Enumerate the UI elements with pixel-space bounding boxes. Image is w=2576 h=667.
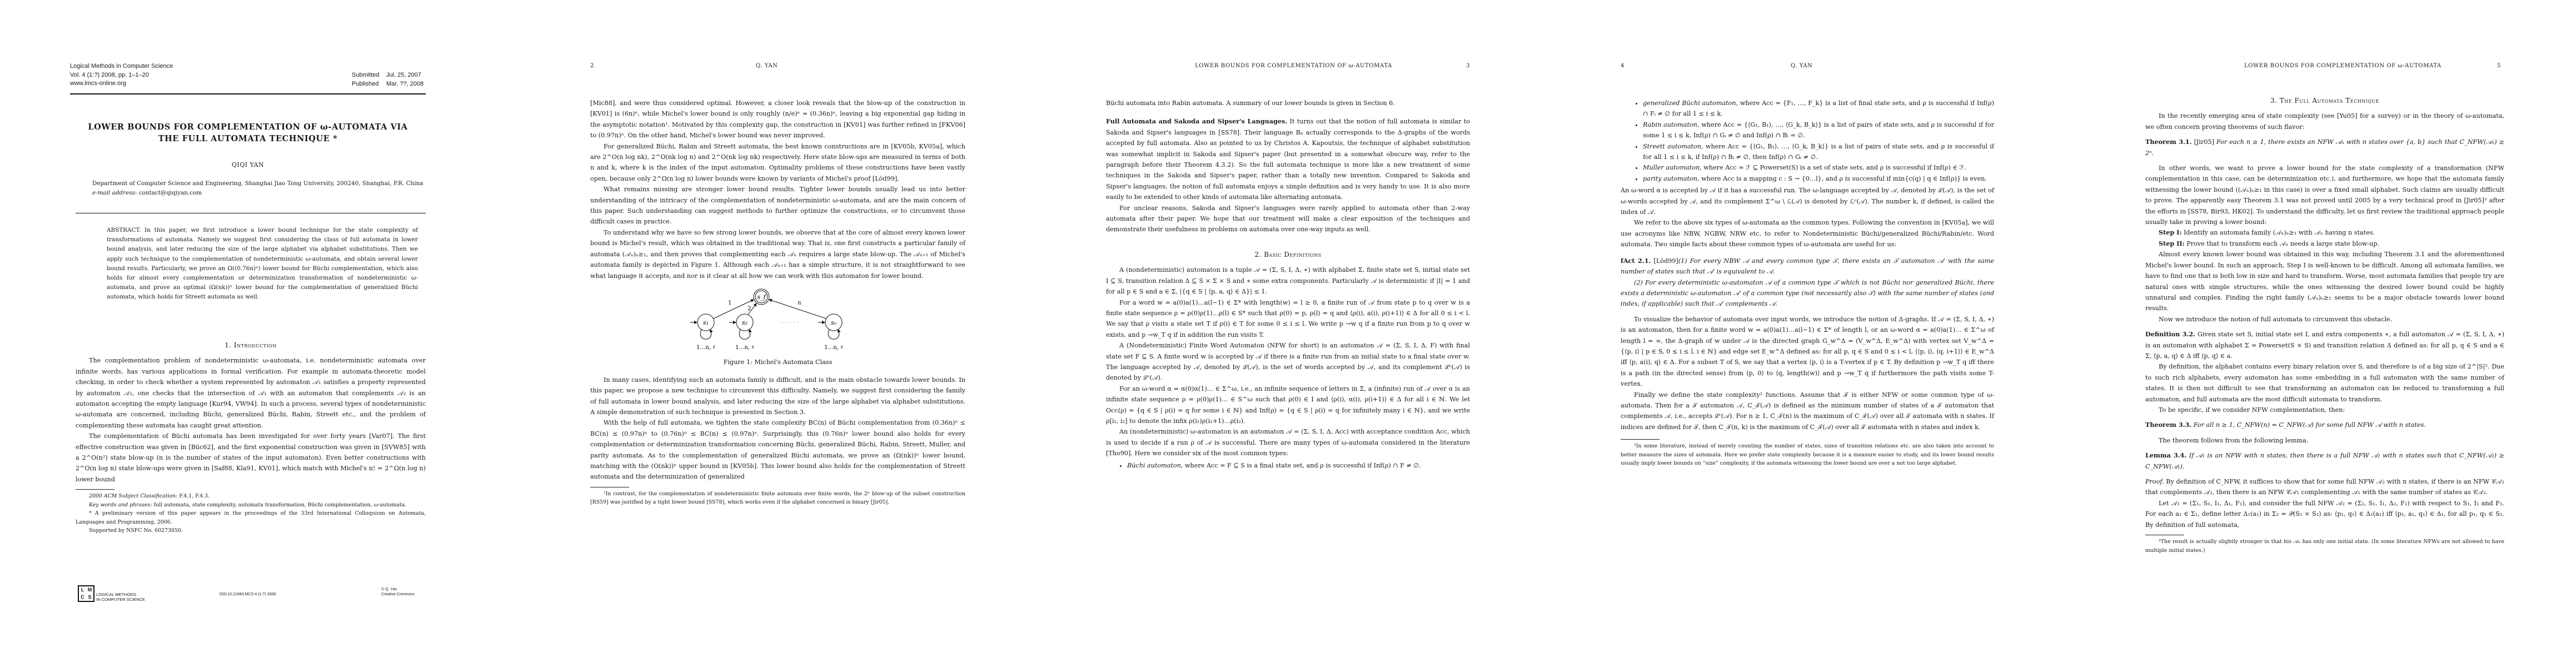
svg-text:· · · · · ·: · · · · · · bbox=[779, 320, 799, 326]
figure-caption: Figure 1: Michel's Automata Class bbox=[590, 357, 965, 367]
page-number: 5 bbox=[2497, 63, 2500, 69]
paragraph: To understand why we have so few strong … bbox=[590, 227, 965, 281]
keywords: full automata, state complexity, automat… bbox=[152, 502, 407, 508]
lmcs-logo-text: LOGICAL METHODS IN COMPUTER SCIENCE bbox=[96, 592, 145, 602]
page-4-body: generalized Büchi automaton, where Acc =… bbox=[1621, 98, 1994, 468]
paragraph: Now we introduce the notion of full auto… bbox=[2145, 314, 2504, 325]
page-number: 4 bbox=[1621, 63, 1624, 69]
page-number: 2 bbox=[590, 63, 594, 69]
svg-text:n: n bbox=[798, 300, 801, 306]
paragraph: For an ω-word α = α(0)α(1)… ∈ Σ^ω, i.e.,… bbox=[1106, 384, 1470, 427]
page-4: 4 Q. YAN generalized Büchi automaton, wh… bbox=[1612, 0, 2012, 667]
acm-label: 2000 ACM Subject Classification: bbox=[89, 493, 177, 499]
page-2: 2 Q. YAN [Mic88], and were thus consider… bbox=[578, 0, 978, 667]
footnote-2: ²In some literature, instead of merely c… bbox=[1621, 442, 1994, 468]
paragraph: By definition, the alphabet contains eve… bbox=[2145, 361, 2504, 405]
journal-name: Logical Methods in Computer Science bbox=[70, 62, 173, 71]
step-label: Step I: bbox=[2159, 228, 2181, 236]
publication-dates: SubmittedJul. 25, 2007 PublishedMar. ??,… bbox=[352, 71, 423, 88]
affiliation: Department of Computer Science and Engin… bbox=[92, 179, 426, 198]
abstract: ABSTRACT. In this paper, we first introd… bbox=[107, 226, 418, 302]
paragraph: For unclear reasons, Sakoda and Sipser's… bbox=[1106, 203, 1470, 235]
footnote-rule bbox=[76, 489, 114, 490]
paper-title: LOWER BOUNDS FOR COMPLEMENTATION OF ω-AU… bbox=[70, 121, 426, 145]
paragraph: [Mic88], and were thus considered optima… bbox=[590, 98, 965, 141]
published-label: Published bbox=[352, 80, 386, 89]
fact-label: fAct 2.1. bbox=[1621, 257, 1651, 265]
paragraph: Let 𝒜₁ = (Σ₁, S₁, I₁, Δ₁, F₁), and consi… bbox=[2145, 498, 2504, 530]
paragraph: The theorem follows from the following l… bbox=[2145, 435, 2504, 446]
copyright-notice: © Q. Yan Creative Commons bbox=[381, 587, 415, 597]
automaton-types-list: generalized Büchi automaton, where Acc =… bbox=[1621, 98, 1994, 184]
page-3-body: Büchi automata into Rabin automata. A su… bbox=[1106, 98, 1470, 472]
footnote-3: ³The result is actually slightly stronge… bbox=[2145, 537, 2504, 555]
page-number: 3 bbox=[1466, 63, 1469, 69]
theorem-label: Theorem 3.3. bbox=[2145, 421, 2191, 429]
footnote-rule bbox=[590, 487, 629, 487]
author-name: QIQI YAN bbox=[70, 161, 426, 168]
svg-text:s₁: s₁ bbox=[702, 319, 708, 326]
automaton-types-list: Büchi automaton, where Acc = F ⊆ S is a … bbox=[1106, 460, 1470, 471]
paragraph: For generalized Büchi, Rabin and Streett… bbox=[590, 141, 965, 185]
figure-michel-automata: s_f s₁ s₂ sₙ 1 2 n bbox=[590, 285, 965, 355]
list-item: Streett automaton, where Acc = {⟨G₁, B₁⟩… bbox=[1643, 141, 1994, 163]
lemma-label: Lemma 3.4. bbox=[2145, 451, 2186, 459]
list-item: Rabin automaton, where Acc = {⟨G₁, B₁⟩, … bbox=[1643, 120, 1994, 141]
paragraph: An ω-word α is accepted by 𝒜 if it has a… bbox=[1621, 185, 1994, 217]
keywords-label: Key words and phrases: bbox=[89, 502, 152, 508]
abstract-text: In this paper, we first introduce a lowe… bbox=[107, 227, 418, 300]
svg-text:1: 1 bbox=[728, 300, 731, 306]
submitted-date: Jul. 25, 2007 bbox=[386, 72, 421, 78]
section-title-full-automata-technique: 3. The Full Automata Technique bbox=[2145, 96, 2504, 106]
page-5: LOWER BOUNDS FOR COMPLEMENTATION OF ω-AU… bbox=[2145, 0, 2545, 667]
journal-url[interactable]: www.lmcs-online.org bbox=[70, 79, 173, 88]
section-title-basic-definitions: 2. Basic Definitions bbox=[1106, 250, 1470, 260]
abstract-rule bbox=[76, 213, 426, 213]
running-head: LOWER BOUNDS FOR COMPLEMENTATION OF ω-AU… bbox=[1195, 63, 1392, 69]
list-item: generalized Büchi automaton, where Acc =… bbox=[1643, 98, 1994, 120]
paragraph: A (Nondeterministic) Finite Word Automat… bbox=[1106, 340, 1470, 384]
paragraph: In the recently emerging area of state c… bbox=[2145, 111, 2504, 132]
abstract-label: ABSTRACT. bbox=[107, 227, 141, 233]
paragraph: For a word w = a(0)a(1)…a(l−1) ∈ Σ* with… bbox=[1106, 297, 1470, 341]
running-head: Q. YAN bbox=[1791, 63, 1812, 69]
journal-info: Logical Methods in Computer Science Vol.… bbox=[70, 62, 173, 88]
paragraph: An (nondeterministic) ω-automaton is an … bbox=[1106, 426, 1470, 459]
paragraph: Finally we define the state complexity² … bbox=[1621, 390, 1994, 433]
page-5-body: 3. The Full Automata Technique In the re… bbox=[2145, 91, 2504, 555]
list-item: Büchi automaton, where Acc = F ⊆ S is a … bbox=[1127, 460, 1470, 471]
paragraph: Full Automata and Sakoda and Sipser's La… bbox=[1106, 116, 1470, 202]
creative-commons-icon: Creative Commons bbox=[381, 592, 415, 597]
running-head: LOWER BOUNDS FOR COMPLEMENTATION OF ω-AU… bbox=[2244, 63, 2442, 69]
paragraph: In other words, we want to prove a lower… bbox=[2145, 163, 2504, 227]
svg-text:2: 2 bbox=[748, 306, 751, 312]
doi[interactable]: DOI:10.2168/LMCS-4 (1:?) 2008 bbox=[220, 593, 276, 596]
automaton-diagram: s_f s₁ s₂ sₙ 1 2 n bbox=[656, 285, 900, 351]
fact-item: (2) For every deterministic ω-automaton … bbox=[1621, 277, 1994, 310]
step-label: Step II: bbox=[2159, 240, 2185, 247]
proof-label: Proof. bbox=[2145, 478, 2164, 485]
footnote-1: ¹In contrast, for the complementation of… bbox=[590, 490, 965, 507]
paragraph: The complementation of Büchi automata ha… bbox=[76, 431, 426, 485]
page-1: Logical Methods in Computer Science Vol.… bbox=[0, 0, 500, 667]
email-address[interactable]: : contact@qiqiyan.com bbox=[135, 190, 202, 196]
paragraph: What remains missing are stronger lower … bbox=[590, 184, 965, 227]
published-date: Mar. ??, 2008 bbox=[386, 81, 423, 87]
svg-text:1…n, ♯: 1…n, ♯ bbox=[824, 345, 843, 351]
journal-volume: Vol. 4 (1:?) 2008, pp. 1–1–20 bbox=[70, 71, 173, 80]
footnote-star: * A preliminary version of this paper ap… bbox=[76, 509, 426, 526]
submitted-label: Submitted bbox=[352, 71, 386, 80]
footnote-support: Supported by NSFC No. 60273050. bbox=[76, 526, 426, 535]
paragraph: The complementation problem of nondeterm… bbox=[76, 355, 426, 431]
definition-label: Definition 3.2. bbox=[2145, 330, 2195, 338]
email-label: e-mail address bbox=[92, 190, 135, 196]
paragraph: Almost every known lower bound was obtai… bbox=[2145, 249, 2504, 313]
page-1-body: 1. Introduction The complementation prob… bbox=[76, 331, 426, 535]
section-title-introduction: 1. Introduction bbox=[76, 340, 426, 351]
paragraph: A (nondeterministic) automaton is a tupl… bbox=[1106, 265, 1470, 297]
paragraph: With the help of full automata, we tight… bbox=[590, 417, 965, 482]
lmcs-logo-icon: L M C S bbox=[78, 585, 94, 602]
running-head: Q. YAN bbox=[756, 63, 778, 69]
svg-text:s₂: s₂ bbox=[741, 319, 747, 326]
page-3: LOWER BOUNDS FOR COMPLEMENTATION OF ω-AU… bbox=[1095, 0, 1484, 667]
svg-text:s_f: s_f bbox=[757, 293, 766, 301]
page-2-body: [Mic88], and were thus considered optima… bbox=[590, 98, 965, 507]
theorem-label: Theorem 3.1. bbox=[2145, 138, 2192, 146]
paragraph: In many cases, identifying such an autom… bbox=[590, 375, 965, 418]
svg-text:1…n, ♯: 1…n, ♯ bbox=[696, 345, 715, 351]
svg-text:1…n, ♯: 1…n, ♯ bbox=[735, 345, 754, 351]
paragraph: To be specific, if we consider NFW compl… bbox=[2145, 405, 2504, 415]
paragraph: We refer to the above six types of ω-aut… bbox=[1621, 217, 1994, 250]
subheading: Full Automata and Sakoda and Sipser's La… bbox=[1106, 117, 1287, 125]
acm-classification: F.4.1, F.4.3. bbox=[177, 493, 210, 499]
footnote-rule bbox=[1621, 439, 1660, 440]
svg-text:sₙ: sₙ bbox=[830, 319, 836, 326]
paragraph: To visualize the behavior of automata ov… bbox=[1621, 314, 1994, 390]
lmcs-logo: L M C S LOGICAL METHODS IN COMPUTER SCIE… bbox=[78, 585, 145, 602]
list-item: Muller automaton, where Acc = ℱ ⊆ Powers… bbox=[1643, 162, 1994, 173]
header-rule bbox=[70, 93, 426, 94]
paragraph: Büchi automata into Rabin automata. A su… bbox=[1106, 98, 1470, 108]
footnote-rule bbox=[2145, 535, 2184, 535]
list-item: parity automaton, where Acc is a mapping… bbox=[1643, 173, 1994, 184]
